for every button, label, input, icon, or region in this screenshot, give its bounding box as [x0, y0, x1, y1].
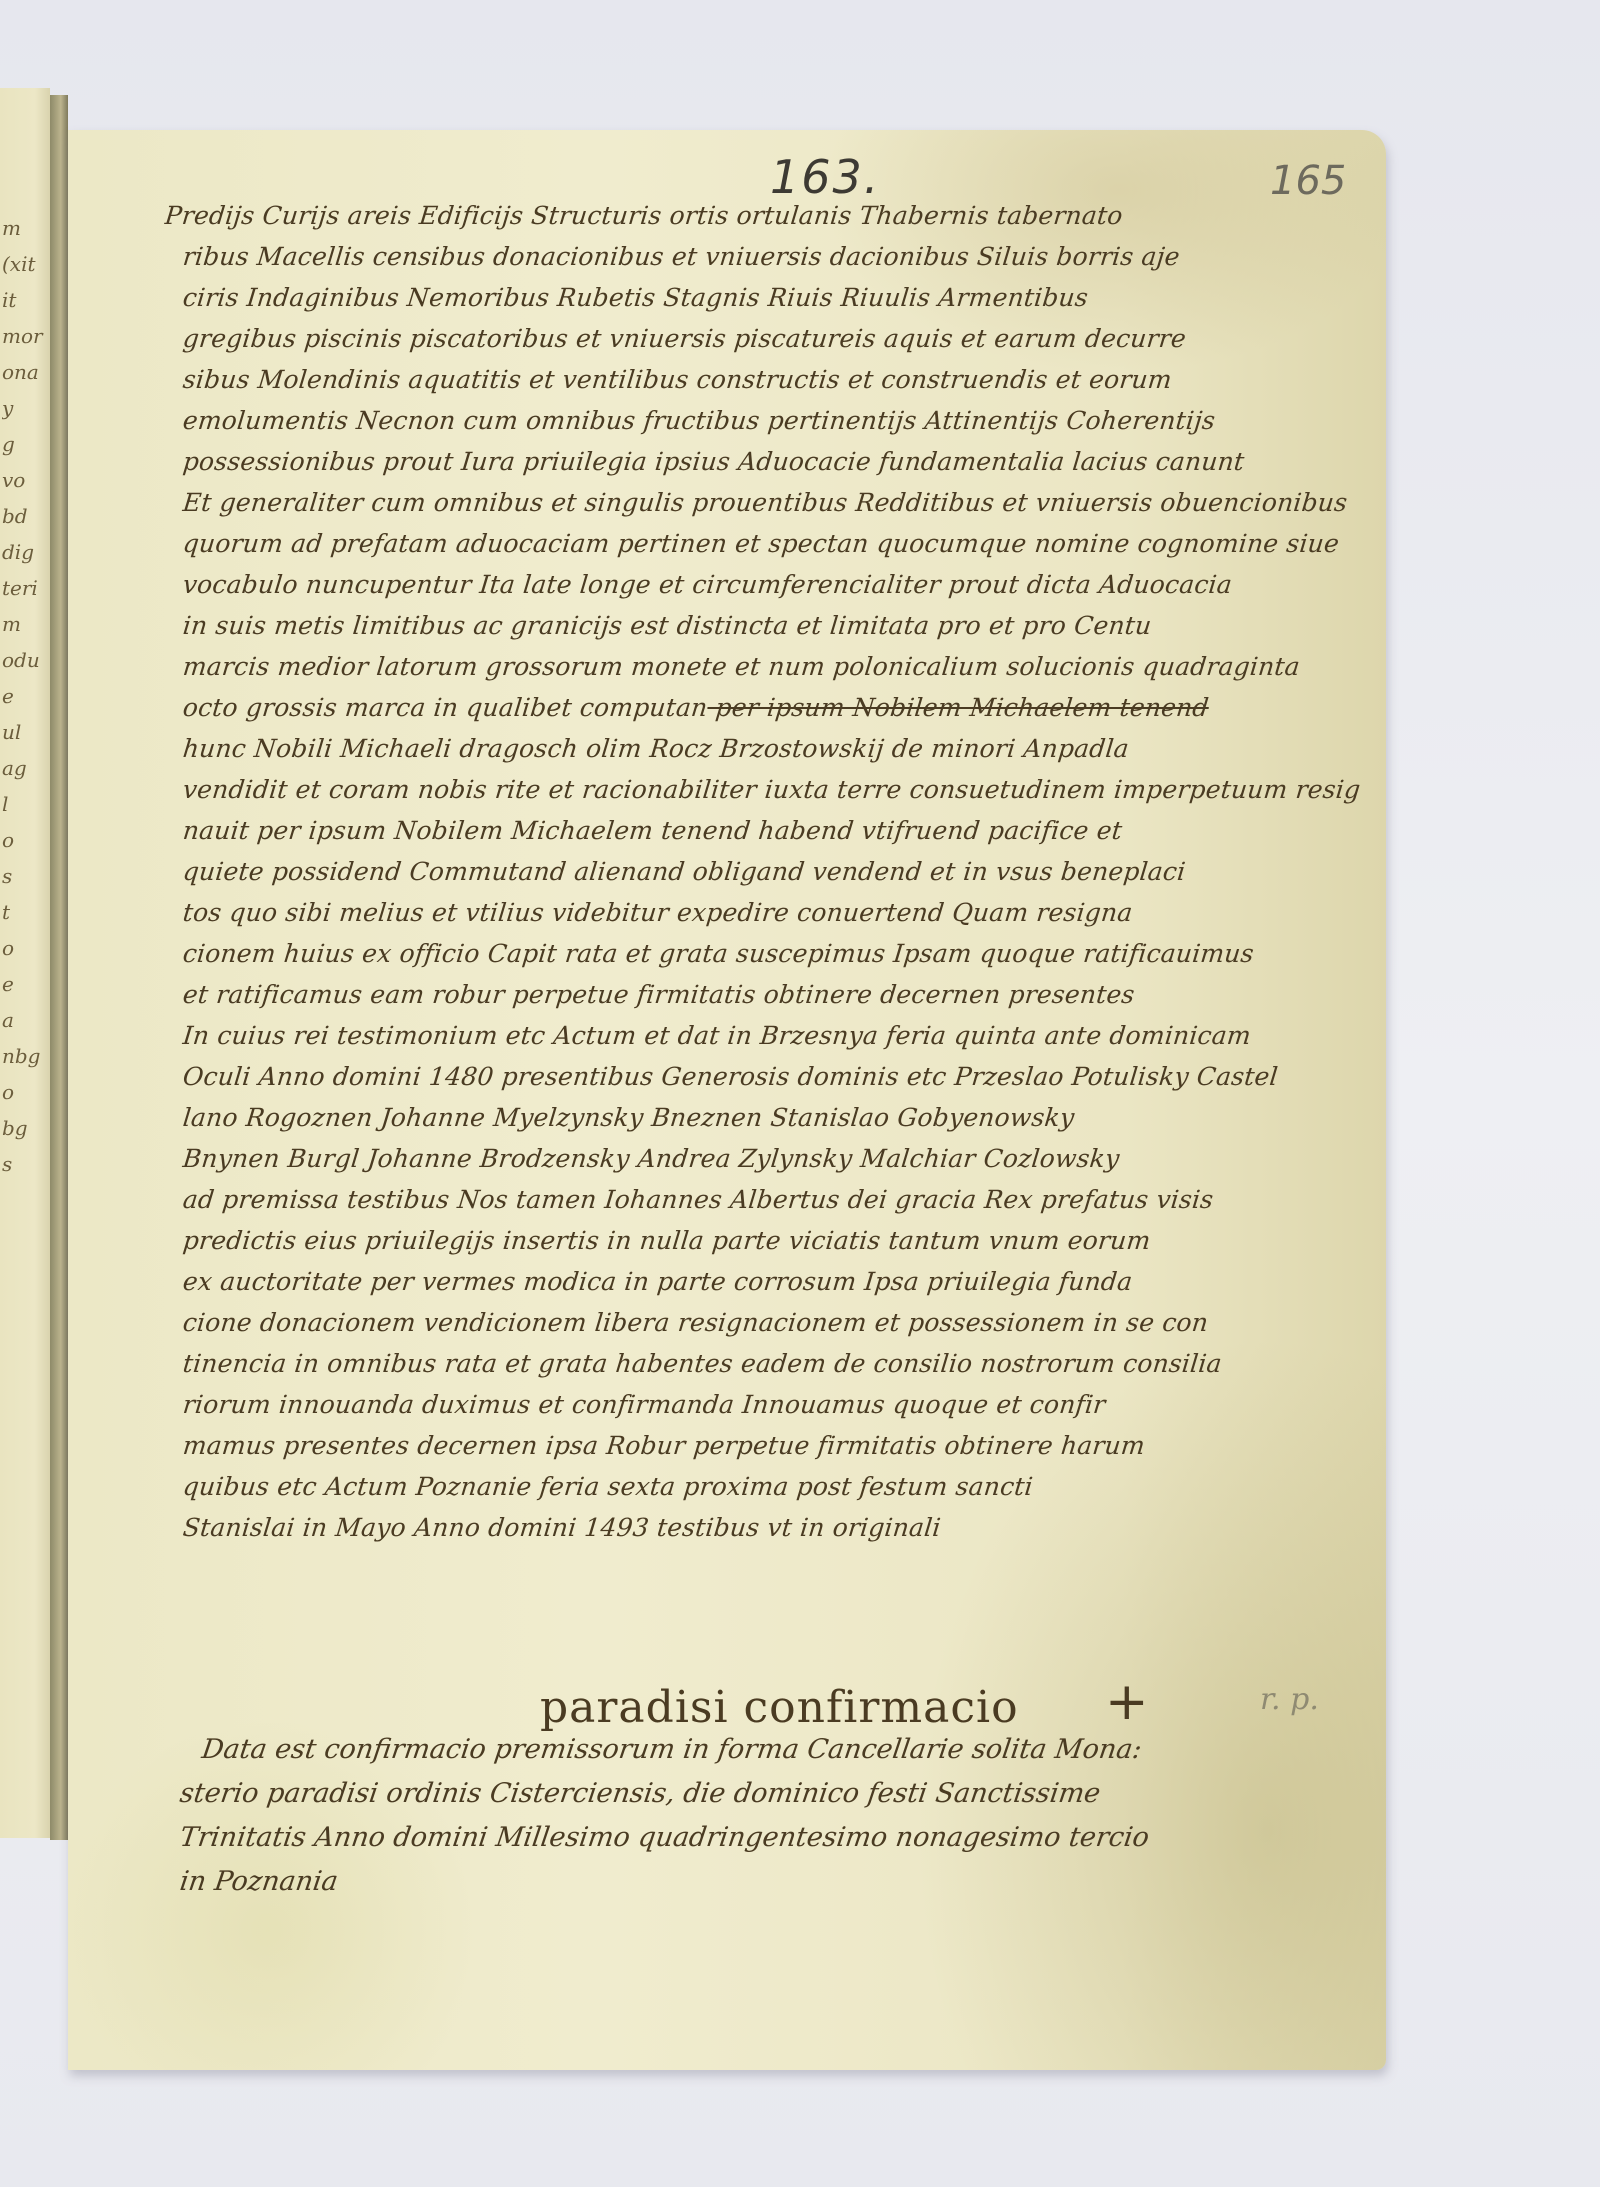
- section-heading: paradisi confirmacio: [540, 1682, 1019, 1733]
- verso-margin-fragment: e: [2, 686, 48, 722]
- closing-line: Data est confirmacio premissorum in form…: [177, 1728, 1383, 1772]
- struck-through-text: per ipsum Nobilem Michaelem tenend: [706, 693, 1210, 722]
- verso-margin-fragment: ul: [2, 722, 48, 758]
- verso-margin-fragment: ag: [2, 758, 48, 794]
- cross-mark-icon: +: [1105, 1672, 1149, 1732]
- manuscript-line: ex auctoritate per vermes modica in part…: [163, 1261, 1367, 1302]
- manuscript-line: nauit per ipsum Nobilem Michaelem tenend…: [163, 810, 1367, 851]
- manuscript-line: quibus etc Actum Poznanie feria sexta pr…: [163, 1466, 1367, 1507]
- manuscript-line: in suis metis limitibus ac granicijs est…: [163, 605, 1367, 646]
- verso-margin-fragment: s: [2, 866, 48, 902]
- verso-margin-fragment: a: [2, 1010, 48, 1046]
- manuscript-line: marcis medior latorum grossorum monete e…: [163, 646, 1367, 687]
- manuscript-line: vendidit et coram nobis rite et racionab…: [163, 769, 1367, 810]
- manuscript-line: mamus presentes decernen ipsa Robur perp…: [163, 1425, 1367, 1466]
- verso-margin-fragment: (xit: [2, 254, 48, 290]
- verso-margin-fragment: e: [2, 974, 48, 1010]
- manuscript-line: emolumentis Necnon cum omnibus fructibus…: [163, 400, 1367, 441]
- verso-margin-fragment: teri: [2, 578, 48, 614]
- closing-line: Trinitatis Anno domini Millesimo quadrin…: [177, 1816, 1383, 1860]
- manuscript-line: Predijs Curijs areis Edificijs Structuri…: [163, 195, 1367, 236]
- manuscript-line: gregibus piscinis piscatoribus et vniuer…: [163, 318, 1367, 359]
- verso-margin-fragment: l: [2, 794, 48, 830]
- manuscript-line: ribus Macellis censibus donacionibus et …: [163, 236, 1367, 277]
- verso-margin-fragment: mor: [2, 326, 48, 362]
- right-margin-note: r. p.: [1260, 1682, 1319, 1717]
- manuscript-line: In cuius rei testimonium etc Actum et da…: [163, 1015, 1367, 1056]
- verso-margin-fragment: o: [2, 938, 48, 974]
- manuscript-line: Oculi Anno domini 1480 presentibus Gener…: [163, 1056, 1367, 1097]
- verso-margin-fragment: g: [2, 434, 48, 470]
- book-gutter: [50, 95, 68, 1840]
- manuscript-line: tinencia in omnibus rata et grata habent…: [163, 1343, 1367, 1384]
- verso-margin-fragment: dig: [2, 542, 48, 578]
- manuscript-line: cionem huius ex officio Capit rata et gr…: [163, 933, 1367, 974]
- verso-margin-fragment: bd: [2, 506, 48, 542]
- verso-margin-fragment: odu: [2, 650, 48, 686]
- manuscript-line: tos quo sibi melius et vtilius videbitur…: [163, 892, 1367, 933]
- verso-margin-fragment: bg: [2, 1118, 48, 1154]
- main-text-block: Predijs Curijs areis Edificijs Structuri…: [165, 195, 1365, 1548]
- manuscript-line: ad premissa testibus Nos tamen Iohannes …: [163, 1179, 1367, 1220]
- manuscript-line: sibus Molendinis aquatitis et ventilibus…: [163, 359, 1367, 400]
- manuscript-line: predictis eius priuilegijs insertis in n…: [163, 1220, 1367, 1261]
- manuscript-line: quiete possidend Commutand alienand obli…: [163, 851, 1367, 892]
- manuscript-line: octo grossis marca in qualibet computan …: [163, 687, 1367, 728]
- closing-line: sterio paradisi ordinis Cisterciensis, d…: [177, 1772, 1383, 1816]
- verso-margin-fragment: it: [2, 290, 48, 326]
- manuscript-line: vocabulo nuncupentur Ita late longe et c…: [163, 564, 1367, 605]
- verso-margin-fragments: m(xititmoronaygvobddigterimodueulaglosto…: [2, 218, 48, 1190]
- manuscript-line: quorum ad prefatam aduocaciam pertinen e…: [163, 523, 1367, 564]
- verso-margin-fragment: s: [2, 1154, 48, 1190]
- verso-margin-fragment: t: [2, 902, 48, 938]
- manuscript-line: riorum innouanda duximus et confirmanda …: [163, 1384, 1367, 1425]
- manuscript-line: possessionibus prout Iura priuilegia ips…: [163, 441, 1367, 482]
- closing-line: in Poznania: [177, 1860, 1383, 1904]
- manuscript-line: cione donacionem vendicionem libera resi…: [163, 1302, 1367, 1343]
- verso-margin-fragment: m: [2, 218, 48, 254]
- manuscript-line: hunc Nobili Michaeli dragosch olim Rocz …: [163, 728, 1367, 769]
- manuscript-line: et ratificamus eam robur perpetue firmit…: [163, 974, 1367, 1015]
- manuscript-line: lano Rogoznen Johanne Myelzynsky Bneznen…: [163, 1097, 1367, 1138]
- verso-margin-fragment: nbg: [2, 1046, 48, 1082]
- verso-margin-fragment: ona: [2, 362, 48, 398]
- manuscript-line: Stanislai in Mayo Anno domini 1493 testi…: [163, 1507, 1367, 1548]
- verso-margin-fragment: m: [2, 614, 48, 650]
- verso-margin-fragment: y: [2, 398, 48, 434]
- manuscript-line: Bnynen Burgl Johanne Brodzensky Andrea Z…: [163, 1138, 1367, 1179]
- verso-margin-fragment: vo: [2, 470, 48, 506]
- verso-margin-fragment: o: [2, 1082, 48, 1118]
- verso-margin-fragment: o: [2, 830, 48, 866]
- closing-text-block: Data est confirmacio premissorum in form…: [180, 1728, 1380, 1904]
- manuscript-line: ciris Indaginibus Nemoribus Rubetis Stag…: [163, 277, 1367, 318]
- manuscript-line: Et generaliter cum omnibus et singulis p…: [163, 482, 1367, 523]
- verso-page-edge: m(xititmoronaygvobddigterimodueulaglosto…: [0, 88, 50, 1838]
